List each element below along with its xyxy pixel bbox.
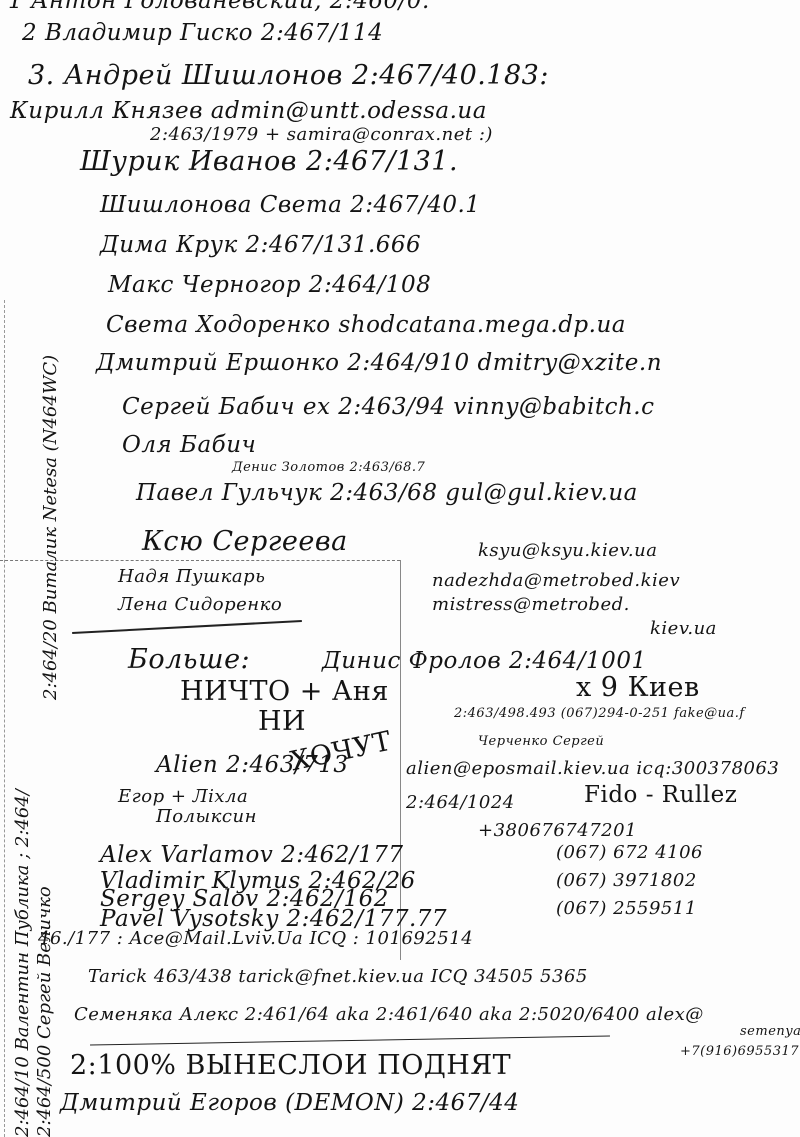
entry-line: Оля Бабич [122,432,256,458]
entry-line: Шурик Иванов 2:467/131. [80,146,458,177]
entry-line: Кирилл Князев admin@untt.odessa.ua [10,98,487,124]
entry-line: 2:463/498.493 (067)294-0-251 fake@ua.f [454,706,745,721]
entry-line: Дмитрий Ершонко 2:464/910 dmitry@xzite.n [96,350,662,376]
entry-line: 3. Андрей Шишлонов 2:467/40.183: [28,60,549,91]
entry-line: Fido - Rullez [584,782,737,808]
entry-line: ksyu@ksyu.kiev.ua [478,540,657,561]
entry-line: Егор + Ліхла [118,786,248,807]
entry-line: Полыксин [156,806,257,827]
entry-line: Динис Фролов 2:464/1001 [322,648,647,674]
entry-line: Денис Золотов 2:463/68.7 [232,460,425,475]
margin-vertical-note: 2:464/500 Сергей Величко [34,886,55,1137]
entry-line: Дмитрий Егоров (DEMON) 2:467/44 [60,1090,519,1116]
entry-line: 2:463/1979 + samira@conrax.net :) [150,124,493,145]
entry-line: Tarick 463/438 tarick@fnet.kiev.ua ICQ 3… [88,966,588,987]
entry-line: alien@eposmail.kiev.ua icq:300378063 [406,758,779,779]
entry-line: 2 Владимир Гиско 2:467/114 [22,20,383,46]
entry-line: 2:100% ВЫНЕСЛОИ ПОДНЯТ [70,1050,511,1081]
entry-line: НИЧТО + Аня [180,676,389,707]
fold-line-vertical [400,560,401,960]
entry-line: Alex Varlamov 2:462/177 [100,842,404,868]
entry-line: Макс Черногор 2:464/108 [108,272,431,298]
entry-line: Лена Сидоренко [118,594,282,615]
entry-line: Больше: [128,644,250,675]
underline-mark [72,620,302,634]
entry-line: mistress@metrobed. [432,594,630,615]
entry-line: Семеняка Алекс 2:461/64 aka 2:461/640 ak… [74,1004,704,1025]
entry-line: +380676747201 [478,820,637,841]
entry-line: nadezhda@metrobed.kiev [432,570,680,591]
entry-line: НИ [258,706,306,737]
entry-line: 46./177 : Ace@Mail.Lviv.Ua ICQ : 1016925… [38,928,473,949]
entry-line: Ксю Сергеева [142,526,348,557]
entry-line: (067) 2559511 [556,898,697,919]
entry-line: Павел Гульчук 2:463/68 gul@gul.kiev.ua [136,480,638,506]
entry-line: kiev.ua [650,618,717,639]
entry-line: Сергей Бабич ex 2:463/94 vinny@babitch.c [122,394,655,420]
entry-line: х 9 Киев [576,672,700,703]
entry-line: semenyak. [740,1024,800,1039]
entry-line: +7(916)6955317 [680,1044,799,1059]
underline-mark [90,1035,610,1045]
margin-vertical-note: 2:464/10 Валентин Публика ; 2:464/ [12,789,33,1137]
entry-line: 2:464/1024 [406,792,515,813]
entry-line: Alien 2:463/713 [156,752,349,778]
entry-line: Черченко Сергей [478,734,604,749]
entry-line: Шишлонова Света 2:467/40.1 [100,192,480,218]
entry-line: Дима Крук 2:467/131.666 [100,232,421,258]
margin-vertical-note: 2:464/20 Виталик Netesa (N464WC) [40,355,61,700]
entry-line: Света Ходоренко shodcatana.mega.dp.ua [106,312,626,338]
entry-line: (067) 3971802 [556,870,697,891]
scan-edge-line [4,300,6,1137]
scanned-page: 1 Антон Голованевский, 2:460/0. 2 Владим… [0,0,800,1137]
entry-line: 1 Антон Голованевский, 2:460/0. [8,0,430,14]
entry-line: (067) 672 4106 [556,842,703,863]
entry-line: Надя Пушкарь [118,566,265,587]
